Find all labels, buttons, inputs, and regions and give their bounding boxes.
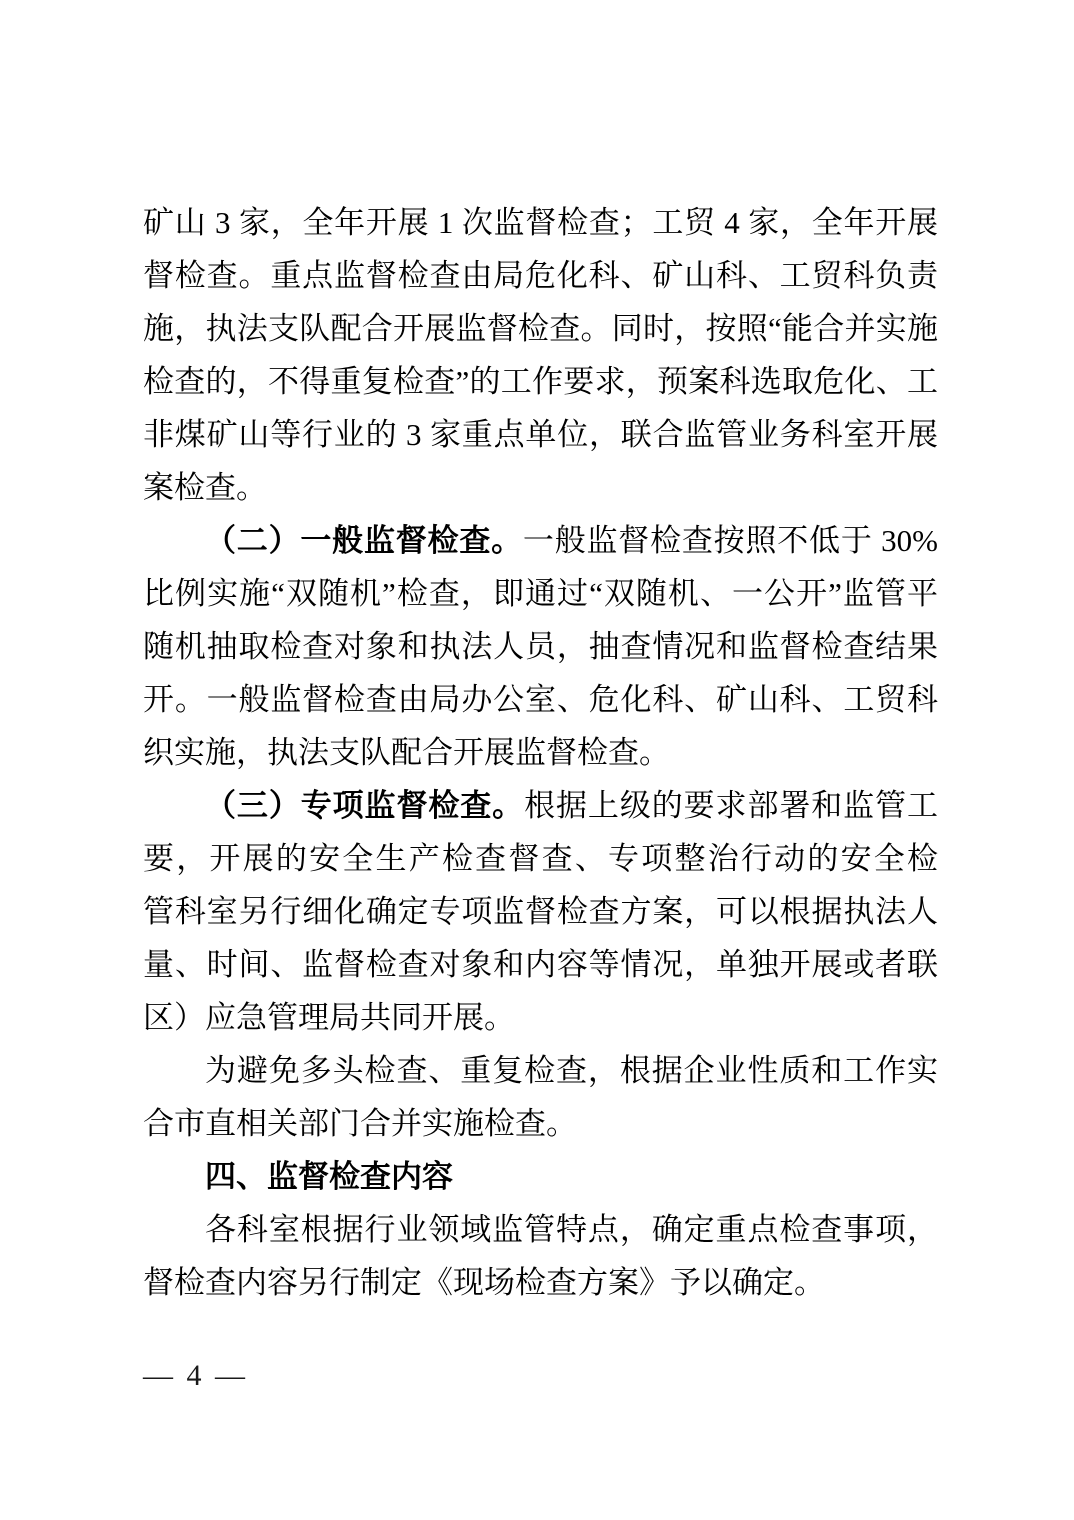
text-segment: 各科室根据行业领域监管特点，确定重点检查事项，具体监 — [143, 1212, 938, 1256]
text-segment: 督检查。重点监督检查由局危化科、矿山科、工贸科负责组织实 — [143, 258, 938, 302]
text-segment: 矿山 3 家，全年开展 1 次监督检查；工贸 4 家，全年开展 1 次监 — [143, 205, 938, 249]
text-line: 施，执法支队配合开展监督检查。同时，按照“能合并实施行政 — [143, 302, 938, 355]
text-line: 区）应急管理局共同开展。 — [143, 991, 938, 1044]
text-segment: 量、时间、监督检查对象和内容等情况，单独开展或者联合县（市、 — [143, 947, 938, 991]
bold-text-segment: （三）专项监督检查。 — [205, 788, 524, 823]
text-line: 比例实施“双随机”检查，即通过“双随机、一公开”监管平台 — [143, 567, 938, 620]
text-line: 各科室根据行业领域监管特点，确定重点检查事项，具体监 — [143, 1203, 938, 1256]
text-segment: 开。一般监督检查由局办公室、危化科、矿山科、工贸科负责组 — [143, 682, 938, 726]
text-line: 织实施，执法支队配合开展监督检查。 — [143, 726, 938, 779]
text-line: 矿山 3 家，全年开展 1 次监督检查；工贸 4 家，全年开展 1 次监 — [143, 196, 938, 249]
text-line: 非煤矿山等行业的 3 家重点单位，联合监管业务科室开展应急预 — [143, 408, 938, 461]
text-segment: 管科室另行细化确定专项监督检查方案，可以根据执法人员数 — [143, 894, 938, 938]
text-line: 开。一般监督检查由局办公室、危化科、矿山科、工贸科负责组 — [143, 673, 938, 726]
text-line: 合市直相关部门合并实施检查。 — [143, 1097, 938, 1150]
text-segment: 为避免多头检查、重复检查，根据企业性质和工作实际，联 — [143, 1053, 938, 1097]
text-line: （三）专项监督检查。根据上级的要求部署和监管工作的需 — [143, 779, 938, 832]
text-segment: 比例实施“双随机”检查，即通过“双随机、一公开”监管平台 — [143, 576, 938, 620]
text-line: 案检查。 — [143, 461, 938, 514]
text-segment: 合市直相关部门合并实施检查。 — [143, 1106, 577, 1141]
text-segment: 检查的，不得重复检查”的工作要求，预案科选取危化、工贸、 — [143, 364, 938, 408]
text-line: 督检查。重点监督检查由局危化科、矿山科、工贸科负责组织实 — [143, 249, 938, 302]
text-line: 检查的，不得重复检查”的工作要求，预案科选取危化、工贸、 — [143, 355, 938, 408]
document-page: 矿山 3 家，全年开展 1 次监督检查；工贸 4 家，全年开展 1 次监督检查。… — [0, 0, 1074, 1520]
page-number: — 4 — — [143, 1358, 248, 1394]
text-segment: 要，开展的安全生产检查督查、专项整治行动的安全检查，各监 — [143, 841, 938, 885]
text-line: 四、监督检查内容 — [143, 1150, 938, 1203]
text-segment: 区）应急管理局共同开展。 — [143, 1000, 515, 1035]
bold-text-segment: （二）一般监督检查。 — [205, 523, 523, 558]
text-line: 督检查内容另行制定《现场检查方案》予以确定。 — [143, 1256, 938, 1309]
text-segment: 督检查内容另行制定《现场检查方案》予以确定。 — [143, 1265, 825, 1300]
document-body: 矿山 3 家，全年开展 1 次监督检查；工贸 4 家，全年开展 1 次监督检查。… — [143, 196, 938, 1309]
text-line: 为避免多头检查、重复检查，根据企业性质和工作实际，联 — [143, 1044, 938, 1097]
text-segment: 案检查。 — [143, 470, 267, 505]
text-segment: 非煤矿山等行业的 3 家重点单位，联合监管业务科室开展应急预 — [143, 417, 938, 461]
text-segment: 施，执法支队配合开展监督检查。同时，按照“能合并实施行政 — [143, 311, 938, 355]
text-segment: 织实施，执法支队配合开展监督检查。 — [143, 735, 670, 770]
text-line: 量、时间、监督检查对象和内容等情况，单独开展或者联合县（市、 — [143, 938, 938, 991]
text-line: 要，开展的安全生产检查督查、专项整治行动的安全检查，各监 — [143, 832, 938, 885]
text-line: （二）一般监督检查。一般监督检查按照不低于 30%的抽查 — [143, 514, 938, 567]
text-line: 随机抽取检查对象和执法人员，抽查情况和监督检查结果及时公 — [143, 620, 938, 673]
text-line: 管科室另行细化确定专项监督检查方案，可以根据执法人员数 — [143, 885, 938, 938]
text-segment: 随机抽取检查对象和执法人员，抽查情况和监督检查结果及时公 — [143, 629, 938, 673]
bold-text-segment: 四、监督检查内容 — [205, 1159, 453, 1194]
